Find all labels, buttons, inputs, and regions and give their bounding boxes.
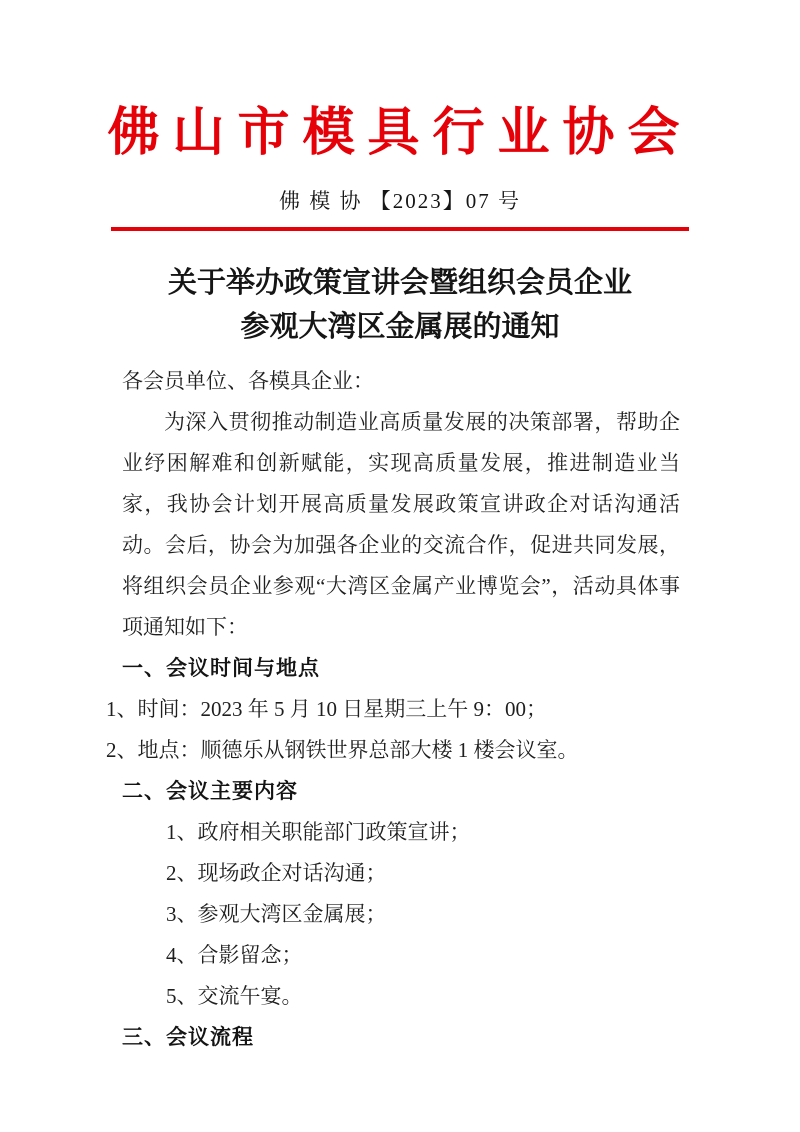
doc-number: 佛 模 协 【2023】07 号 [0,187,800,216]
section-1-heading: 一、会议时间与地点 [122,648,680,689]
red-divider-line [111,227,689,231]
agenda-item-2: 2、现场政企对话沟通； [122,853,680,894]
agenda-item-1: 1、政府相关职能部门政策宣讲； [122,812,680,853]
section-1-item-location: 2、地点：顺德乐从钢铁世界总部大楼 1 楼会议室。 [106,730,680,771]
section-2-heading: 二、会议主要内容 [122,771,680,812]
org-title: 佛山市模具行业协会 [0,103,800,165]
section-3-heading: 三、会议流程 [122,1017,680,1058]
document-body: 各会员单位、各模具企业： 为深入贯彻推动制造业高质量发展的决策部署，帮助企业纾困… [122,361,680,1058]
agenda-item-5: 5、交流午宴。 [122,976,680,1017]
salutation: 各会员单位、各模具企业： [122,361,680,402]
doc-title-line-1: 关于举办政策宣讲会暨组织会员企业 [0,261,800,305]
agenda-item-4: 4、合影留念； [122,935,680,976]
doc-title: 关于举办政策宣讲会暨组织会员企业 参观大湾区金属展的通知 [0,261,800,349]
doc-title-line-2: 参观大湾区金属展的通知 [0,305,800,349]
agenda-item-3: 3、参观大湾区金属展； [122,894,680,935]
section-1-item-time: 1、时间：2023 年 5 月 10 日星期三上午 9：00； [106,689,680,730]
intro-paragraph: 为深入贯彻推动制造业高质量发展的决策部署，帮助企业纾困解难和创新赋能，实现高质量… [122,402,680,648]
document-page: 佛山市模具行业协会 佛 模 协 【2023】07 号 关于举办政策宣讲会暨组织会… [0,0,800,1132]
